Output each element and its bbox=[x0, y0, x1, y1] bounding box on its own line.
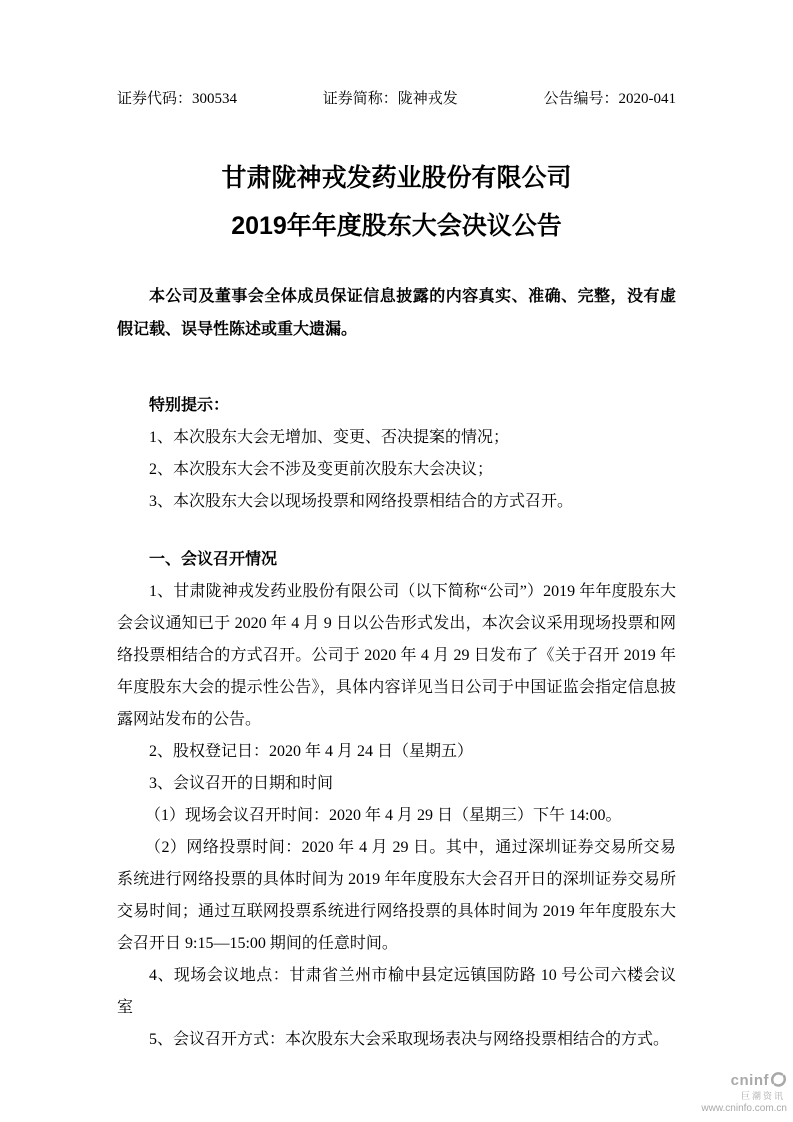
special-notice-item-3: 3、本次股东大会以现场投票和网络投票相结合的方式召开。 bbox=[117, 486, 676, 518]
cninfo-brand-text: cninf bbox=[731, 1073, 769, 1090]
cninfo-watermark: cninf 巨潮资讯 www.cninfo.com.cn bbox=[701, 1071, 787, 1114]
cninfo-chinese-name: 巨潮资讯 bbox=[701, 1092, 785, 1102]
announcement-number: 公告编号：2020-041 bbox=[544, 88, 677, 110]
document-page: 证券代码：300534 证券简称：陇神戎发 公告编号：2020-041 甘肃陇神… bbox=[0, 0, 793, 1122]
section-1-online-voting-time: （2）网络投票时间：2020 年 4 月 29 日。其中，通过深圳证券交易所交易… bbox=[117, 832, 676, 960]
special-notice-item-2: 2、本次股东大会不涉及变更前次股东大会决议； bbox=[117, 454, 676, 486]
cninfo-url: www.cninfo.com.cn bbox=[701, 1103, 787, 1114]
section-1-paragraph-notice: 1、甘肃陇神戎发药业股份有限公司（以下简称“公司”）2019 年年度股东大会会议… bbox=[117, 576, 676, 736]
document-title: 2019年年度股东大会决议公告 bbox=[117, 206, 676, 246]
section-1-onsite-time: （1）现场会议召开时间：2020 年 4 月 29 日（星期三）下午 14:00… bbox=[117, 800, 676, 832]
section-1-meeting-datetime-heading: 3、会议召开的日期和时间 bbox=[117, 768, 676, 800]
company-name-title: 甘肃陇神戎发药业股份有限公司 bbox=[117, 158, 676, 198]
section-1-record-date: 2、股权登记日：2020 年 4 月 24 日（星期五） bbox=[117, 736, 676, 768]
special-notice-heading: 特别提示： bbox=[117, 390, 676, 422]
cninfo-brand-row: cninf bbox=[701, 1071, 787, 1092]
stock-code: 证券代码：300534 bbox=[117, 88, 237, 110]
section-1-meeting-method: 5、会议召开方式：本次股东大会采取现场表决与网络投票相结合的方式。 bbox=[117, 1024, 676, 1056]
section-1-heading: 一、会议召开情况 bbox=[117, 544, 676, 576]
special-notice-item-1: 1、本次股东大会无增加、变更、否决提案的情况； bbox=[117, 422, 676, 454]
stock-name: 证券简称：陇神戎发 bbox=[323, 88, 458, 110]
document-header: 证券代码：300534 证券简称：陇神戎发 公告编号：2020-041 bbox=[117, 88, 676, 110]
disclaimer-statement: 本公司及董事会全体成员保证信息披露的内容真实、准确、完整，没有虚假记载、误导性陈… bbox=[117, 280, 676, 346]
section-1-meeting-location: 4、现场会议地点：甘肃省兰州市榆中县定远镇国防路 10 号公司六楼会议室 bbox=[117, 960, 676, 1024]
cninfo-swirl-icon bbox=[770, 1071, 787, 1092]
